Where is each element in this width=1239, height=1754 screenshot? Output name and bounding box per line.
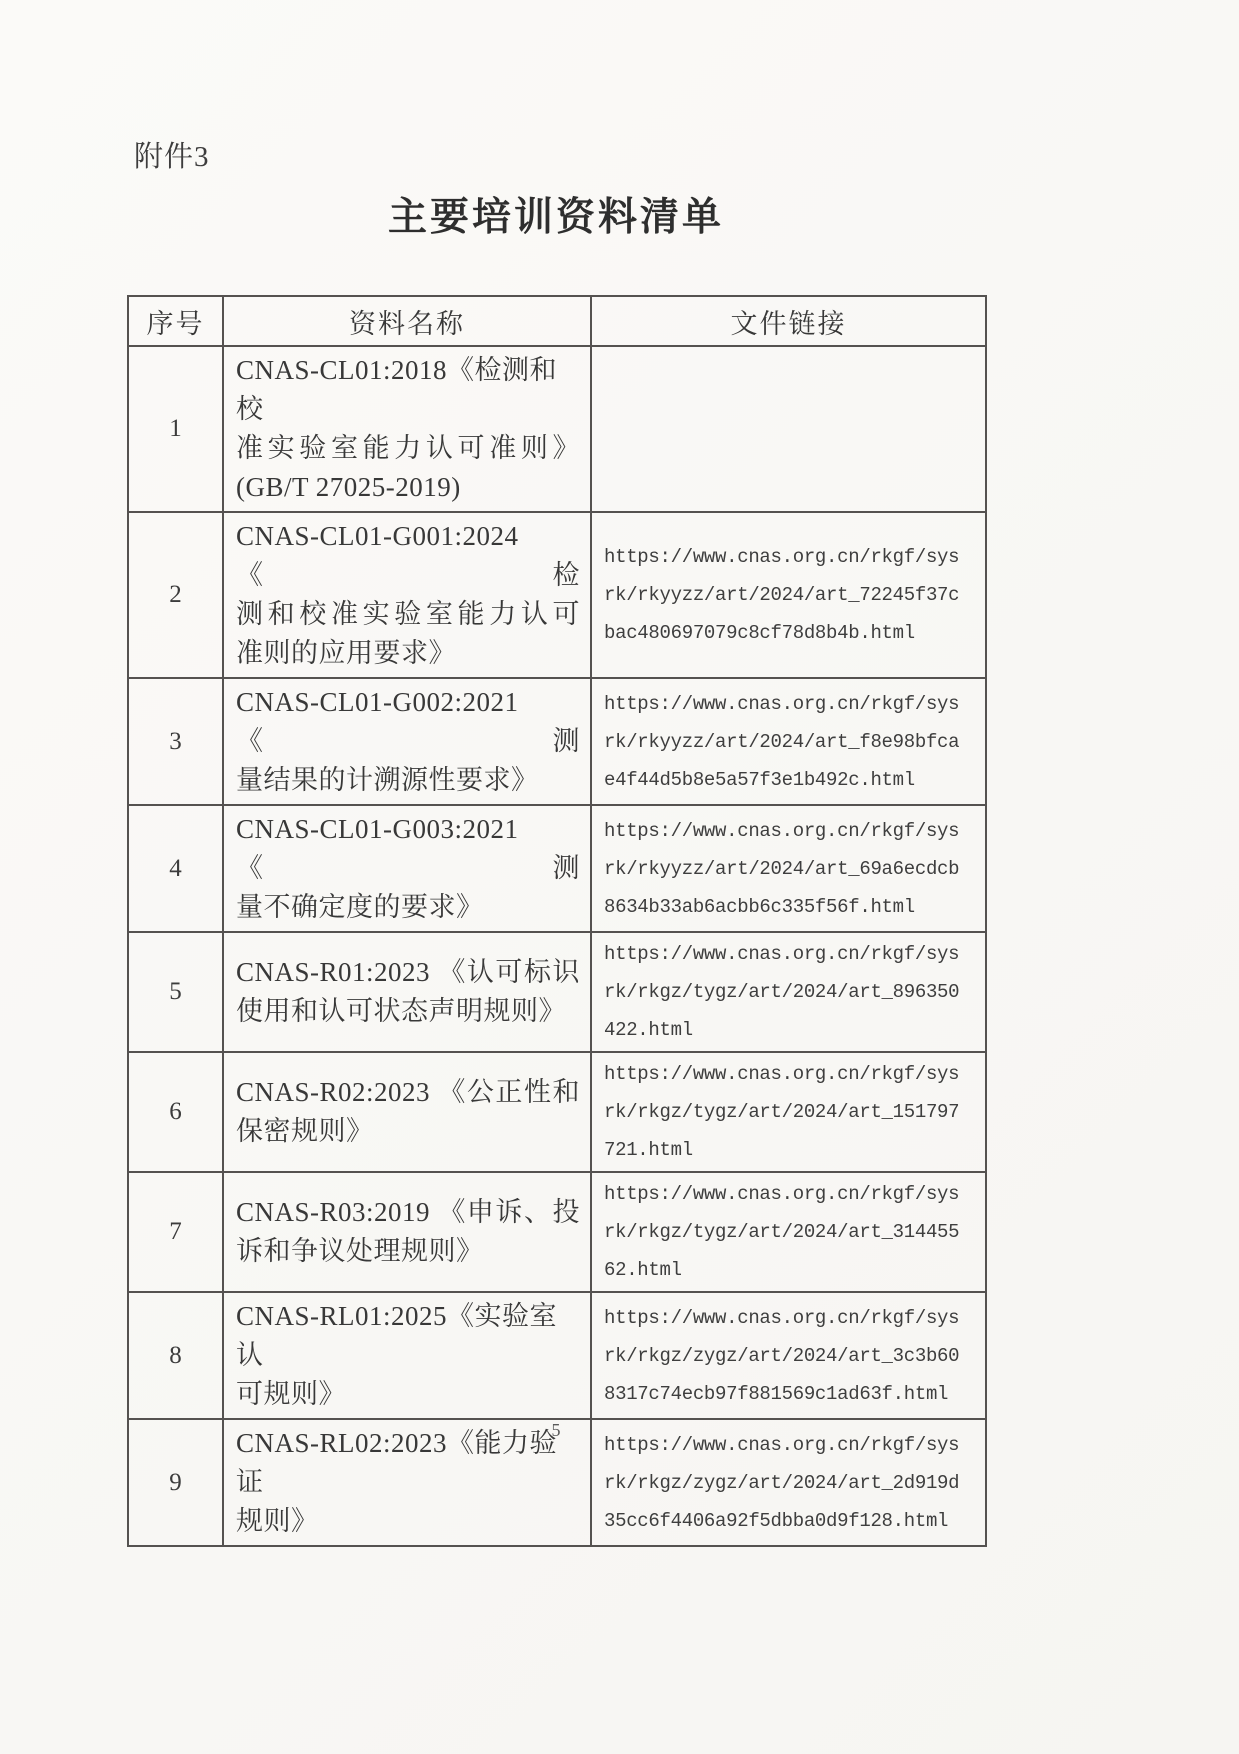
file-link-line: rk/rkgz/tygz/art/2024/art_314455	[604, 1213, 977, 1251]
material-name-line: CNAS-R02:2023 《公正性和	[236, 1073, 580, 1112]
training-materials-table: 序号 资料名称 文件链接 1CNAS-CL01:2018《检测和校准实验室能力认…	[127, 295, 987, 1547]
file-link-line: https://www.cnas.org.cn/rkgf/sys	[604, 685, 977, 723]
table-row: 6CNAS-R02:2023 《公正性和保密规则》https://www.cna…	[128, 1052, 986, 1172]
table-row: 2CNAS-CL01-G001:2024 《检测和校准实验室能力认可准则的应用要…	[128, 512, 986, 678]
file-link-cell: https://www.cnas.org.cn/rkgf/sysrk/rkgz/…	[591, 1052, 986, 1172]
row-number-cell: 3	[128, 678, 223, 805]
material-name-line: 可规则》	[236, 1375, 580, 1414]
material-name-line: 保密规则》	[236, 1112, 580, 1151]
material-name-line: CNAS-CL01-G001:2024 《检	[236, 517, 580, 595]
file-link-line: rk/rkgz/zygz/art/2024/art_2d919d	[604, 1464, 977, 1502]
material-name-line: CNAS-CL01-G002:2021 《测	[236, 683, 580, 761]
page-number: 5	[127, 1420, 985, 1441]
page-title: 主要培训资料清单	[127, 186, 985, 242]
file-link-line: 35cc6f4406a92f5dbba0d9f128.html	[604, 1502, 977, 1540]
table-row: 5CNAS-R01:2023 《认可标识使用和认可状态声明规则》https://…	[128, 932, 986, 1052]
file-link-line: https://www.cnas.org.cn/rkgf/sys	[604, 538, 977, 576]
row-number-cell: 5	[128, 932, 223, 1052]
material-name-cell: CNAS-RL01:2025《实验室认可规则》	[223, 1292, 591, 1419]
material-name-cell: CNAS-CL01-G001:2024 《检测和校准实验室能力认可准则的应用要求…	[223, 512, 591, 678]
material-name-cell: CNAS-R03:2019 《申诉、投诉和争议处理规则》	[223, 1172, 591, 1292]
file-link-cell: https://www.cnas.org.cn/rkgf/sysrk/rkyyz…	[591, 678, 986, 805]
material-name-line: 准实验室能力认可准则》	[236, 429, 580, 468]
column-header-no: 序号	[128, 296, 223, 346]
file-link-line: 62.html	[604, 1251, 977, 1289]
table-row: 7CNAS-R03:2019 《申诉、投诉和争议处理规则》https://www…	[128, 1172, 986, 1292]
row-number-cell: 6	[128, 1052, 223, 1172]
material-name-line: CNAS-CL01-G003:2021 《测	[236, 810, 580, 888]
row-number-cell: 2	[128, 512, 223, 678]
material-name-cell: CNAS-R02:2023 《公正性和保密规则》	[223, 1052, 591, 1172]
table-row: 3CNAS-CL01-G002:2021 《测量结果的计溯源性要求》https:…	[128, 678, 986, 805]
material-name-cell: CNAS-CL01:2018《检测和校准实验室能力认可准则》(GB/T 2702…	[223, 346, 591, 512]
file-link-line: 422.html	[604, 1011, 977, 1049]
file-link-cell	[591, 346, 986, 512]
file-link-cell: https://www.cnas.org.cn/rkgf/sysrk/rkgz/…	[591, 1172, 986, 1292]
row-number-cell: 1	[128, 346, 223, 512]
material-name-line: 量不确定度的要求》	[236, 888, 580, 927]
file-link-line: rk/rkgz/zygz/art/2024/art_3c3b60	[604, 1337, 977, 1375]
column-header-name: 资料名称	[223, 296, 591, 346]
file-link-line: https://www.cnas.org.cn/rkgf/sys	[604, 935, 977, 973]
file-link-line: 721.html	[604, 1131, 977, 1169]
file-link-line: https://www.cnas.org.cn/rkgf/sys	[604, 812, 977, 850]
material-name-line: CNAS-CL01:2018《检测和校	[236, 351, 580, 429]
material-name-cell: CNAS-CL01-G002:2021 《测量结果的计溯源性要求》	[223, 678, 591, 805]
material-name-cell: CNAS-R01:2023 《认可标识使用和认可状态声明规则》	[223, 932, 591, 1052]
file-link-line: e4f44d5b8e5a57f3e1b492c.html	[604, 761, 977, 799]
material-name-line: CNAS-RL01:2025《实验室认	[236, 1297, 580, 1375]
file-link-line: https://www.cnas.org.cn/rkgf/sys	[604, 1299, 977, 1337]
table-body: 1CNAS-CL01:2018《检测和校准实验室能力认可准则》(GB/T 270…	[128, 346, 986, 1546]
material-name-line: 使用和认可状态声明规则》	[236, 992, 580, 1031]
file-link-line: 8634b33ab6acbb6c335f56f.html	[604, 888, 977, 926]
file-link-line: bac480697079c8cf78d8b4b.html	[604, 614, 977, 652]
table-row: 8CNAS-RL01:2025《实验室认可规则》https://www.cnas…	[128, 1292, 986, 1419]
column-header-link: 文件链接	[591, 296, 986, 346]
file-link-line: https://www.cnas.org.cn/rkgf/sys	[604, 1055, 977, 1093]
file-link-line: rk/rkyyzz/art/2024/art_69a6ecdcb	[604, 850, 977, 888]
attachment-label: 附件3	[134, 134, 210, 175]
material-name-line: CNAS-R01:2023 《认可标识	[236, 953, 580, 992]
table-header-row: 序号 资料名称 文件链接	[128, 296, 986, 346]
file-link-line: rk/rkgz/tygz/art/2024/art_896350	[604, 973, 977, 1011]
row-number-cell: 8	[128, 1292, 223, 1419]
material-name-line: CNAS-R03:2019 《申诉、投	[236, 1193, 580, 1232]
material-name-line: 规则》	[236, 1502, 580, 1541]
material-name-line: 测和校准实验室能力认可	[236, 595, 580, 634]
file-link-line: rk/rkyyzz/art/2024/art_72245f37c	[604, 576, 977, 614]
material-name-line: (GB/T 27025-2019)	[236, 468, 580, 507]
row-number-cell: 7	[128, 1172, 223, 1292]
material-name-line: 准则的应用要求》	[236, 634, 580, 673]
file-link-line: https://www.cnas.org.cn/rkgf/sys	[604, 1175, 977, 1213]
file-link-line: 8317c74ecb97f881569c1ad63f.html	[604, 1375, 977, 1413]
file-link-cell: https://www.cnas.org.cn/rkgf/sysrk/rkyyz…	[591, 512, 986, 678]
table-row: 4CNAS-CL01-G003:2021 《测量不确定度的要求》https://…	[128, 805, 986, 932]
file-link-cell: https://www.cnas.org.cn/rkgf/sysrk/rkyyz…	[591, 805, 986, 932]
file-link-cell: https://www.cnas.org.cn/rkgf/sysrk/rkgz/…	[591, 932, 986, 1052]
file-link-line: rk/rkyyzz/art/2024/art_f8e98bfca	[604, 723, 977, 761]
material-name-cell: CNAS-CL01-G003:2021 《测量不确定度的要求》	[223, 805, 591, 932]
file-link-line: rk/rkgz/tygz/art/2024/art_151797	[604, 1093, 977, 1131]
material-name-line: 诉和争议处理规则》	[236, 1232, 580, 1271]
row-number-cell: 4	[128, 805, 223, 932]
material-name-line: 量结果的计溯源性要求》	[236, 761, 580, 800]
table-row: 1CNAS-CL01:2018《检测和校准实验室能力认可准则》(GB/T 270…	[128, 346, 986, 512]
file-link-cell: https://www.cnas.org.cn/rkgf/sysrk/rkgz/…	[591, 1292, 986, 1419]
